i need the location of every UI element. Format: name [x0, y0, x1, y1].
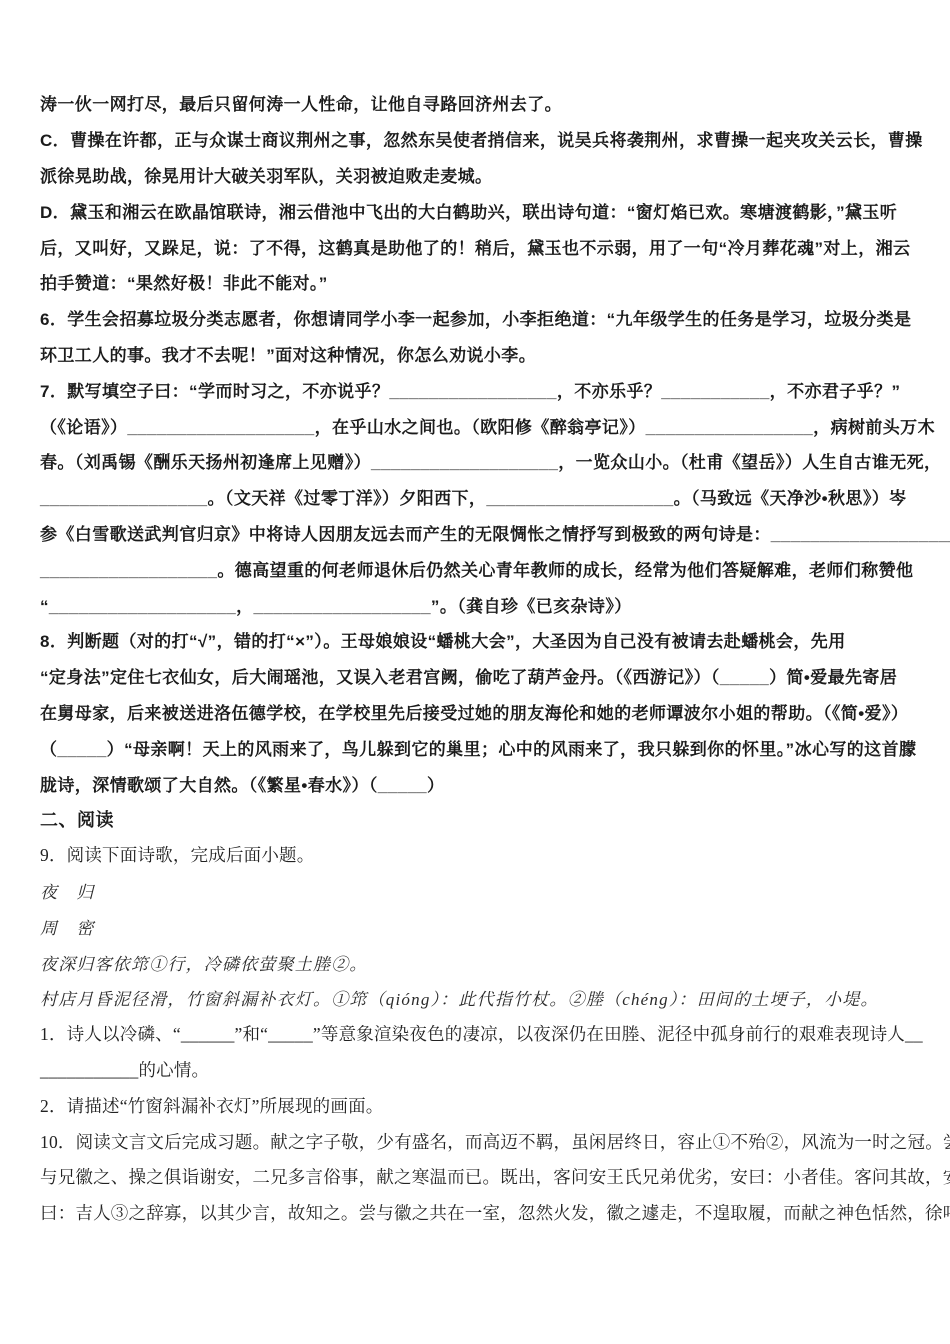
text-line: “___________________，__________________”…: [40, 586, 912, 622]
text-line: 10．阅读文言文后完成习题。献之字子敬，少有盛名，而高迈不羁，虽闲居终日，容止①…: [40, 1123, 912, 1159]
text-line: 春。（刘禹锡《酬乐天扬州初逢席上见赠》）___________________，…: [40, 443, 912, 479]
text-line: “定身法”定住七衣仙女，后大闹瑶池，又误入老君宫阙，偷吃了葫芦金丹。（《西游记》…: [40, 658, 912, 694]
text-line: 周 密: [40, 908, 912, 944]
exam-page: 涛一伙一网打尽，最后只留何涛一人性命，让他自寻路回济州去了。C．曹操在许都，正与…: [0, 0, 950, 1344]
text-line: D．黛玉和湘云在欧晶馆联诗，湘云借池中飞出的大白鹤助兴，联出诗句道：“窗灯焰已欢…: [40, 192, 912, 228]
text-line: 8．判断题（对的打“√”，错的打“×”）。王母娘娘设“蟠桃大会”，大圣因为自己没…: [40, 622, 912, 658]
text-line: 派徐晃助战，徐晃用计大破关羽军队，关羽被迫败走麦城。: [40, 157, 912, 193]
text-line: 曰：吉人③之辞寡，以其少言，故知之。尝与徽之共在一室，忽然火发，徽之遽走，不遑取…: [40, 1195, 912, 1231]
text-line: __________________。德高望重的何老师退休后仍然关心青年教师的成…: [40, 550, 912, 586]
text-line: （《论语》）___________________，在乎山水之间也。（欧阳修《醉…: [40, 407, 912, 443]
text-line: （_____）“母亲啊！天上的风雨来了，鸟儿躲到它的巢里；心中的风雨来了，我只躲…: [40, 729, 912, 765]
text-line: 环卫工人的事。我才不去呢！”面对这种情况，你怎么劝说小李。: [40, 336, 912, 372]
text-line: 夜深归客依筇①行，冷磷依萤聚土塍②。: [40, 944, 912, 980]
text-line: C．曹操在许都，正与众谋士商议荆州之事，忽然东吴使者捎信来，说吴兵将袭荆州，求曹…: [40, 121, 912, 157]
text-line: 涛一伙一网打尽，最后只留何涛一人性命，让他自寻路回济州去了。: [40, 85, 912, 121]
text-line: 参《白雪歌送武判官归京》中将诗人因朋友远去而产生的无限惆怅之情抒写到极致的两句诗…: [40, 515, 912, 551]
text-line: ___________的心情。: [40, 1052, 912, 1088]
text-line: 在舅母家，后来被送进洛伍德学校，在学校里先后接受过她的朋友海伦和她的老师谭波尔小…: [40, 694, 912, 730]
text-line: 9．阅读下面诗歌，完成后面小题。: [40, 837, 912, 873]
text-line: 村店月昏泥径滑，竹窗斜漏补衣灯。①筇（qióng）：此代指竹杖。②塍（chéng…: [40, 980, 912, 1016]
text-line: 夜 归: [40, 873, 912, 909]
text-line: 胧诗，深情歌颂了大自然。（《繁星•春水》）（_____）: [40, 765, 912, 801]
text-line: 7．默写填空子曰：“学而时习之，不亦说乎？_________________，不…: [40, 371, 912, 407]
text-line: 2．请描述“竹窗斜漏补衣灯”所展现的画面。: [40, 1087, 912, 1123]
text-line: 与兄徽之、操之俱诣谢安，二兄多言俗事，献之寒温而已。既出，客问安王氏兄弟优劣，安…: [40, 1159, 912, 1195]
section-heading: 二、阅读: [40, 801, 912, 837]
text-line: 拍手赞道：“果然好极！非此不能对。”: [40, 264, 912, 300]
text-line: 6．学生会招募垃圾分类志愿者，你想请同学小李一起参加，小李拒绝道：“九年级学生的…: [40, 300, 912, 336]
text-line: 1．诗人以冷磷、“______”和“_____”等意象渲染夜色的凄凉，以夜深仍在…: [40, 1016, 912, 1052]
text-line: _________________。（文天祥《过零丁洋》）夕阳西下，______…: [40, 479, 912, 515]
text-line: 后，又叫好，又跺足，说：了不得，这鹤真是助他了的！稍后，黛玉也不示弱，用了一句“…: [40, 228, 912, 264]
